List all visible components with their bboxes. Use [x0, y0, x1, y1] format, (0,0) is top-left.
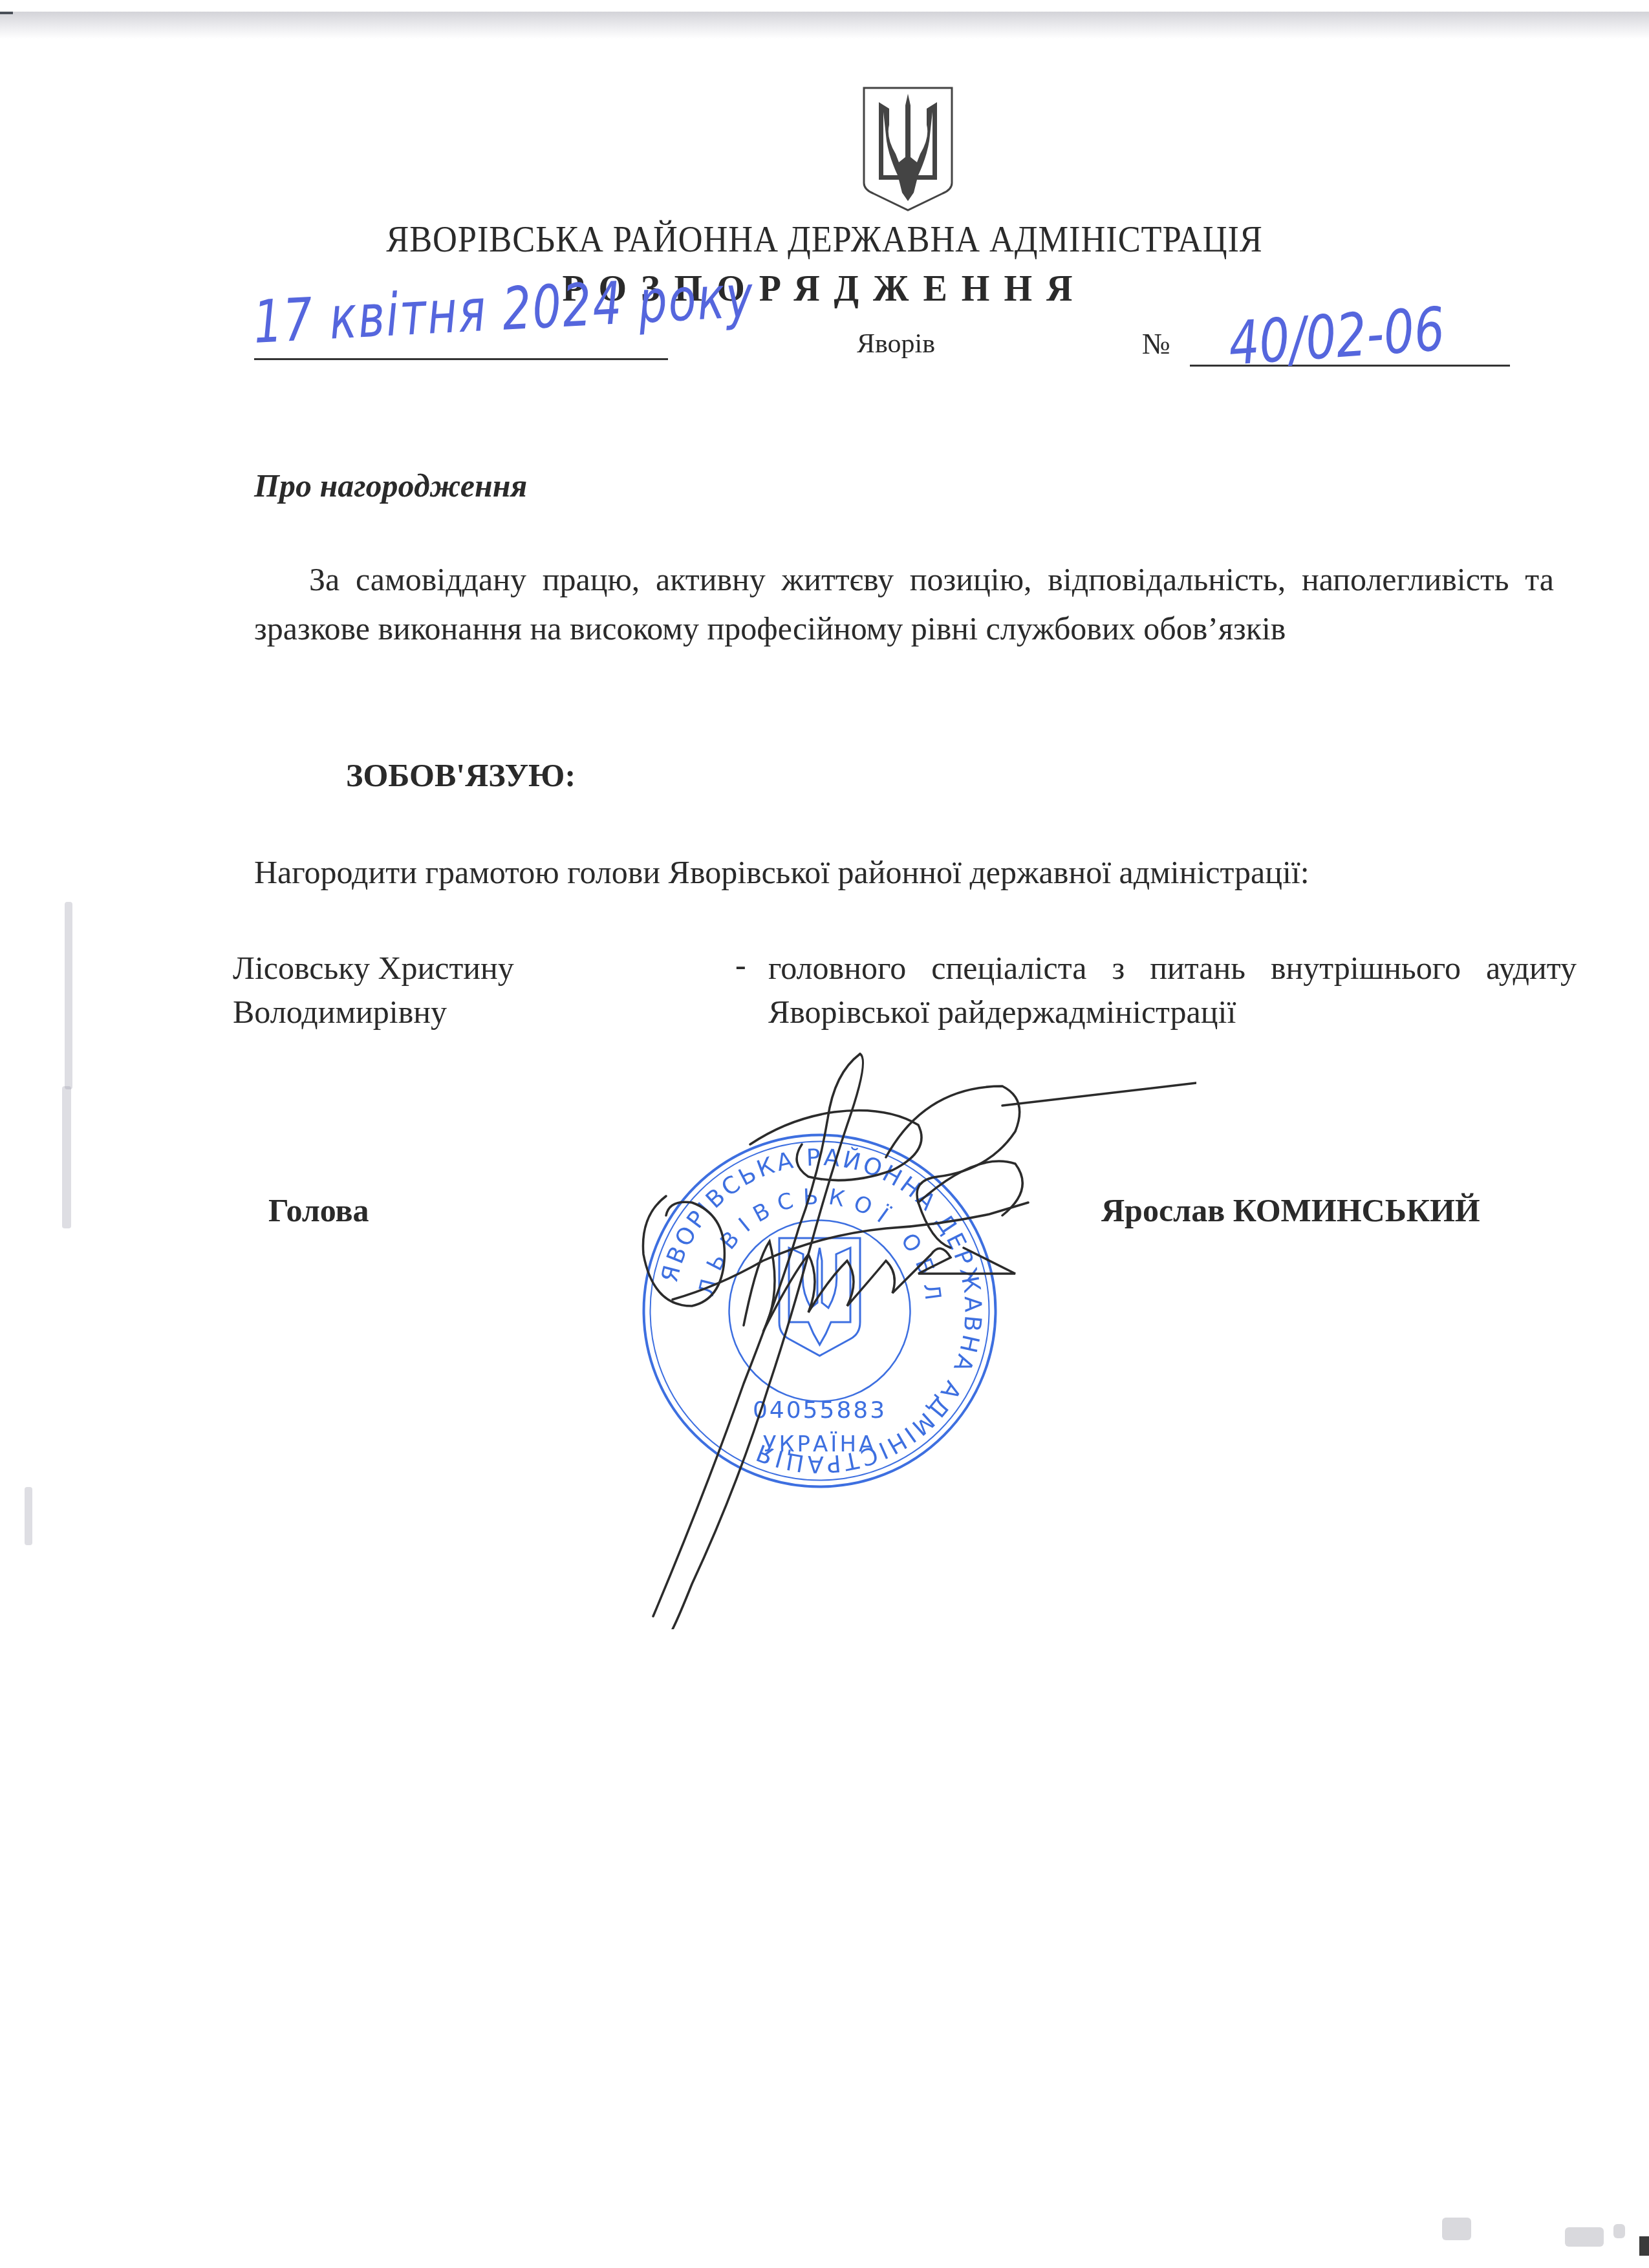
document-subject: Про нагородження [254, 467, 527, 504]
resolution-text: Нагородити грамотою голови Яворівської р… [254, 853, 1309, 891]
margin-smudge [65, 902, 72, 1089]
scan-edge-mark [1639, 2236, 1649, 2256]
signatory-role: Голова [268, 1192, 369, 1229]
handwritten-signature [614, 1047, 1196, 1629]
number-label: № [1142, 326, 1170, 361]
awardee-name-line1: Лісовську Христину [233, 946, 621, 990]
scan-artifact [1613, 2224, 1625, 2238]
awardee-name-line2: Володимирівну [233, 990, 621, 1034]
organization-title: ЯВОРІВСЬКА РАЙОННА ДЕРЖАВНА АДМІНІСТРАЦІ… [66, 219, 1583, 261]
preamble-paragraph: За самовіддану працю, активну життєву по… [254, 555, 1554, 653]
margin-smudge [25, 1487, 32, 1545]
awardee-dash: - [735, 946, 746, 983]
scan-corner-mark [0, 12, 13, 14]
oblige-heading: ЗОБОВ'ЯЗУЮ: [346, 756, 576, 794]
date-underline [254, 358, 668, 360]
awardee-position: головного спеціаліста з питань внутрішнь… [768, 946, 1577, 1034]
margin-smudge [62, 1086, 71, 1228]
scan-artifact [1442, 2218, 1471, 2240]
place-of-issue: Яворів [857, 328, 935, 359]
scan-artifact [1565, 2227, 1604, 2247]
awardee-name: Лісовську Христину Володимирівну [233, 946, 621, 1034]
scan-top-shadow [0, 12, 1649, 39]
coat-of-arms-icon [862, 86, 954, 213]
